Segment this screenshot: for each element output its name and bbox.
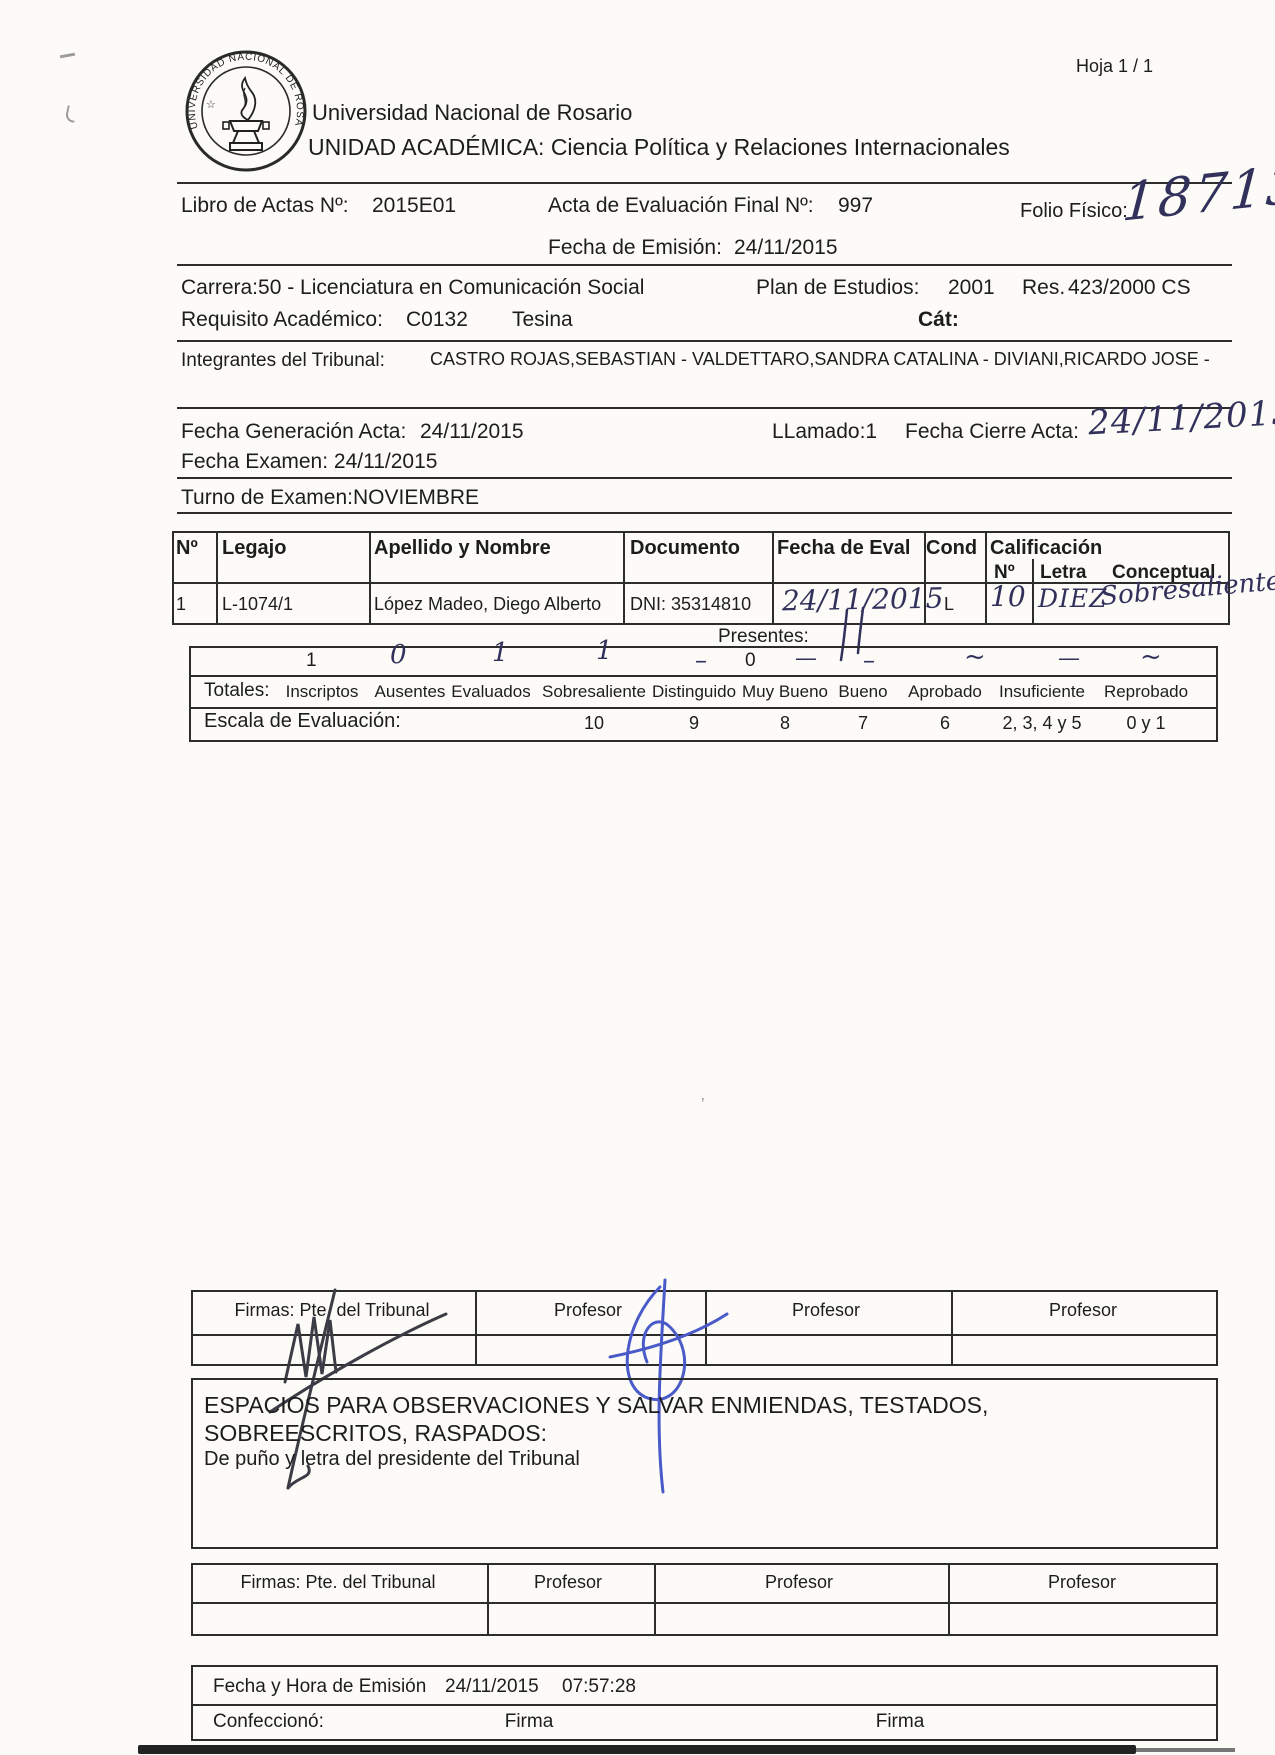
requisito-nombre: Tesina — [512, 308, 573, 332]
presentes-label: Presentes: — [718, 626, 809, 648]
requisito-label: Requisito Académico: — [181, 308, 383, 332]
firmas2-profesor-label: Profesor — [765, 1572, 833, 1593]
firmas-grid-line — [948, 1565, 950, 1634]
folio-fisico-handwritten: 18713 — [1120, 154, 1275, 234]
torch-icon — [223, 78, 269, 150]
escala-bueno: 7 — [858, 713, 868, 734]
firmas-grid-line — [951, 1292, 953, 1364]
fecha-examen-label: Fecha Examen: — [181, 450, 328, 473]
page-number: Hoja 1 / 1 — [1076, 56, 1153, 77]
tribunal-nombres: CASTRO ROJAS,SEBASTIAN - VALDETTARO,SAND… — [430, 349, 1210, 370]
emision-divider — [193, 1704, 1216, 1706]
confecciono-label: Confeccionó: — [213, 1711, 324, 1733]
page-bottom-edge — [138, 1745, 1136, 1754]
rule — [177, 182, 1232, 184]
table-grid-line — [623, 533, 625, 623]
page-bottom-edge-2 — [1136, 1748, 1235, 1752]
escala-label: Escala de Evaluación: — [204, 710, 401, 733]
firmas-grid-line — [487, 1565, 489, 1634]
total-inscriptos-value: 1 — [306, 650, 317, 672]
total-insuficiente-value-hw: — — [1058, 646, 1080, 671]
firma-label: Firma — [876, 1711, 925, 1733]
table-grid-line — [1032, 559, 1034, 623]
requisito-codigo: C0132 — [406, 308, 468, 332]
row-documento: DNI: 35314810 — [630, 594, 751, 615]
turno-label: Turno de Examen: — [181, 486, 353, 509]
scan-mark — [64, 105, 77, 123]
fecha-cierre-handwritten: 24/11/2015 — [1087, 393, 1275, 444]
col-header-calificacion: Calificación — [990, 537, 1102, 560]
firmas2-profesor-label: Profesor — [1048, 1572, 1116, 1593]
row-apellido-nombre: López Madeo, Diego Alberto — [374, 594, 601, 615]
firmas-divider — [193, 1602, 1216, 1604]
llamado-label: LLamado: — [772, 420, 865, 443]
escala-muy-bueno: 8 — [780, 713, 790, 734]
col-label-evaluados: Evaluados — [451, 682, 530, 702]
totales-divider — [191, 675, 1216, 677]
llamado-value: 1 — [865, 420, 877, 443]
fecha-generacion-label: Fecha Generación Acta: — [181, 420, 406, 444]
col-label-distinguido: Distinguido — [652, 682, 736, 702]
carrera-label: Carrera: — [181, 276, 258, 299]
fecha-examen-value: 24/11/2015 — [334, 450, 438, 473]
escala-reprobado: 0 y 1 — [1126, 713, 1165, 734]
table-grid-line — [369, 533, 371, 623]
rule — [177, 477, 1232, 479]
libro-actas-label: Libro de Actas Nº: — [181, 194, 349, 218]
firmas2-pte-label: Firmas: Pte. del Tribunal — [240, 1572, 435, 1593]
row-cond: L — [944, 594, 954, 615]
resolucion-label: Res. — [1022, 276, 1065, 300]
catedra-label: Cát: — [918, 308, 959, 332]
emision-footer-fecha: 24/11/2015 — [445, 1676, 539, 1698]
fecha-generacion-value: 24/11/2015 — [420, 420, 524, 444]
row-legajo: L-1074/1 — [222, 594, 293, 615]
total-reprobado-value-hw: ~ — [1140, 642, 1162, 672]
col-label-muy-bueno: Muy Bueno — [742, 682, 828, 702]
scan-mark: ’ — [701, 1096, 705, 1114]
observaciones-titulo: ESPACIOS PARA OBSERVACIONES Y SALVAR ENM… — [204, 1392, 1189, 1447]
emision-footer-label: Fecha y Hora de Emisión — [213, 1676, 426, 1698]
col-label-inscriptos: Inscriptos — [286, 682, 359, 702]
fecha-emision-label: Fecha de Emisión: — [548, 236, 722, 260]
col-label-sobresaliente: Sobresaliente — [542, 682, 646, 702]
unr-seal: UNIVERSIDAD NACIONAL DE ROSARIO ☆ — [182, 44, 310, 178]
total-sobresaliente-value-hw: 1 — [596, 636, 613, 666]
acta-numero-label: Acta de Evaluación Final Nº: — [548, 194, 814, 218]
star-icon: ☆ — [206, 99, 216, 111]
firmas2-profesor-label: Profesor — [534, 1572, 602, 1593]
table-grid-line — [985, 533, 987, 623]
observaciones-detalle: De puño y letra del presidente del Tribu… — [204, 1448, 580, 1471]
col-header-legajo: Legajo — [222, 537, 286, 560]
col-header-apellido: Apellido y Nombre — [374, 537, 551, 560]
table-grid-line — [772, 533, 774, 623]
col-label-bueno: Bueno — [838, 682, 887, 702]
total-ausentes-value-hw: 0 — [390, 640, 407, 670]
row-cal-nro-handwritten: 10 — [990, 580, 1026, 613]
rule — [177, 340, 1232, 342]
rule — [177, 512, 1232, 514]
scan-mark — [60, 53, 75, 59]
totales-label: Totales: — [204, 680, 269, 702]
resolucion-value: 423/2000 CS — [1068, 276, 1191, 300]
rule — [177, 407, 1232, 409]
totales-divider — [191, 707, 1216, 709]
escala-aprobado: 6 — [940, 713, 950, 734]
col-label-aprobado: Aprobado — [908, 682, 982, 702]
emision-footer-hora: 07:57:28 — [562, 1676, 636, 1698]
col-header-cond: Cond — [926, 537, 977, 560]
tribunal-label: Integrantes del Tribunal: — [181, 350, 385, 372]
col-header-cal-letra: Letra — [1040, 562, 1086, 584]
university-name: Universidad Nacional de Rosario — [312, 100, 632, 126]
col-header-nro: Nº — [176, 537, 198, 560]
total-bueno-value-hw: – — [863, 646, 875, 674]
row-nro: 1 — [176, 594, 186, 615]
rule — [177, 264, 1232, 266]
academic-unit: UNIDAD ACADÉMICA: Ciencia Política y Rel… — [308, 134, 1010, 161]
carrera-value: 50 - Licenciatura en Comunicación Social — [258, 276, 644, 299]
col-label-insuficiente: Insuficiente — [999, 682, 1085, 702]
total-muybueno-value-hw: — — [795, 646, 817, 671]
firmas1-profesor-label: Profesor — [1049, 1300, 1117, 1321]
table-grid-line — [216, 533, 218, 623]
fecha-emision-value: 24/11/2015 — [734, 236, 838, 260]
col-label-reprobado: Reprobado — [1104, 682, 1188, 702]
col-header-fecha-eval: Fecha de Eval — [777, 537, 910, 560]
folio-fisico-label: Folio Físico: — [1020, 200, 1128, 223]
firmas-grid-line — [654, 1565, 656, 1634]
libro-actas-value: 2015E01 — [372, 194, 456, 218]
escala-distinguido: 9 — [689, 713, 699, 734]
row-cal-letra-handwritten: DIEZ — [1038, 584, 1108, 613]
fecha-cierre-label: Fecha Cierre Acta: — [905, 420, 1079, 444]
firmas1-profesor-label: Profesor — [792, 1300, 860, 1321]
total-aprobado-value-hw: ~ — [964, 642, 986, 672]
firma-label: Firma — [505, 1711, 554, 1733]
escala-sobresaliente: 10 — [584, 713, 604, 734]
escala-insuficiente: 2, 3, 4 y 5 — [1002, 713, 1081, 734]
turno-value: NOVIEMBRE — [353, 486, 479, 509]
total-printed-cero: 0 — [745, 650, 756, 672]
plan-estudios-value: 2001 — [948, 276, 995, 300]
col-header-documento: Documento — [630, 537, 740, 560]
acta-evaluacion-page: ’ Hoja 1 / 1 UNIVERSIDAD NACIONAL DE ROS… — [0, 0, 1275, 1755]
plan-estudios-label: Plan de Estudios: — [756, 276, 919, 300]
acta-numero-value: 997 — [838, 194, 873, 218]
col-label-ausentes: Ausentes — [375, 682, 446, 702]
total-distinguido-value-hw: – — [695, 646, 707, 674]
total-evaluados-value-hw: 1 — [492, 638, 509, 668]
firmas-grid-line — [475, 1292, 477, 1364]
